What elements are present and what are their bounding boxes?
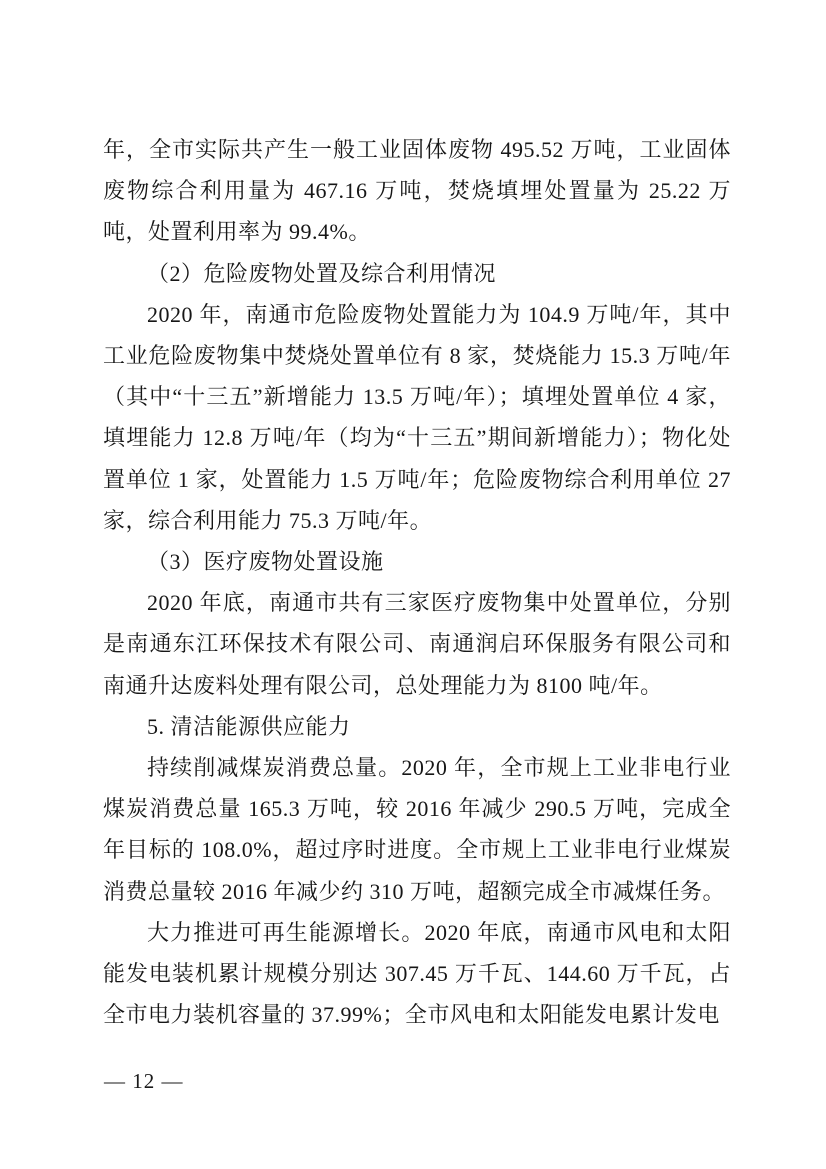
para-industrial-solid-waste-continued: 年，全市实际共产生一般工业固体废物 495.52 万吨，工业固体废物综合利用量为… [103,129,731,253]
page-footer: — 12 — [104,1068,184,1094]
heading-clean-energy: 5. 清洁能源供应能力 [103,706,731,747]
para-renewable-energy: 大力推进可再生能源增长。2020 年底，南通市风电和太阳能发电装机累计规模分别达… [103,912,731,1036]
page-content: 年，全市实际共产生一般工业固体废物 495.52 万吨，工业固体废物综合利用量为… [103,129,731,1035]
heading-hazardous-waste: （2）危险废物处置及综合利用情况 [103,253,731,294]
page-number: — 12 — [104,1069,184,1093]
heading-medical-waste: （3）医疗废物处置设施 [103,541,731,582]
para-hazardous-waste: 2020 年，南通市危险废物处置能力为 104.9 万吨/年，其中工业危险废物集… [103,294,731,541]
para-medical-waste: 2020 年底，南通市共有三家医疗废物集中处置单位，分别是南通东江环保技术有限公… [103,582,731,706]
para-coal-reduction: 持续削减煤炭消费总量。2020 年，全市规上工业非电行业煤炭消费总量 165.3… [103,747,731,912]
